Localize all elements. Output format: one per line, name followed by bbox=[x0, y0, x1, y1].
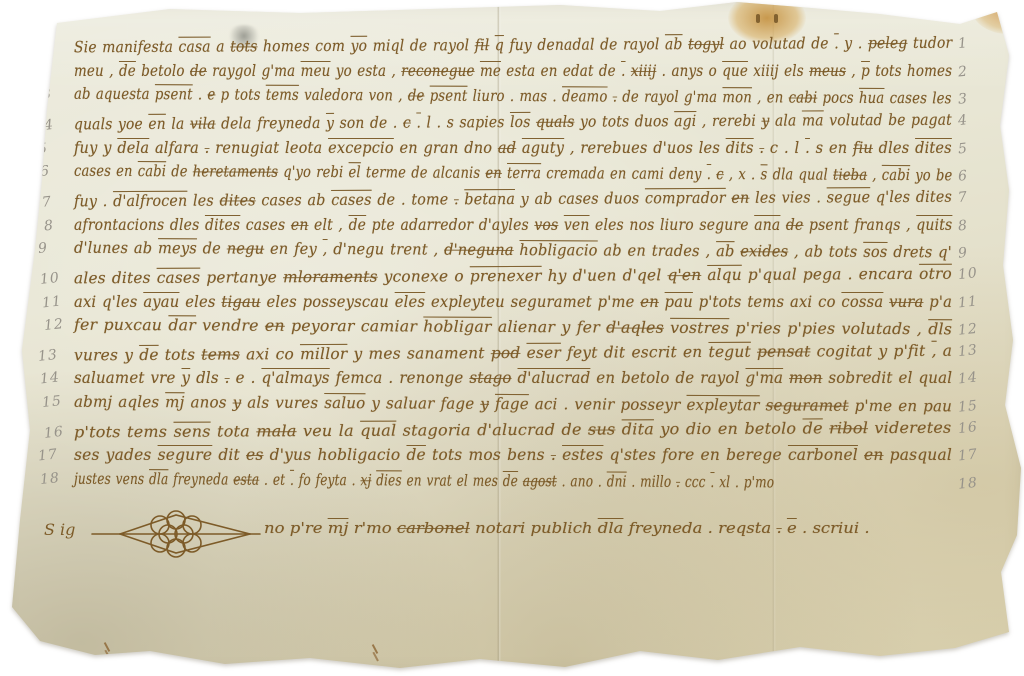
manuscript-line-row: 5fuy y dela alfara . renugiat leota exce… bbox=[0, 138, 1024, 162]
line-number-left: 10 bbox=[39, 269, 69, 288]
line-number-left: 5 bbox=[37, 138, 67, 157]
line-number-left: 2 bbox=[39, 61, 69, 80]
line-number-left: 18 bbox=[39, 469, 68, 488]
manuscript-line-row: 1Sie manifesta casa a tots homes com yo … bbox=[0, 32, 1024, 61]
line-number-right: 1 bbox=[957, 33, 987, 52]
line-number-left: 9 bbox=[37, 238, 66, 257]
manuscript-line-row: 9d'lunes ab meys de negu en fey , d'negu… bbox=[0, 238, 1024, 267]
manuscript-line-text: saluamet vre y dls . e . q'almays femca … bbox=[74, 369, 952, 387]
line-number-right: 17 bbox=[957, 446, 987, 465]
manuscript-line-text: afrontacions dles dites cases en elt , d… bbox=[74, 216, 952, 234]
line-number-right: 13 bbox=[957, 341, 987, 360]
line-number-left: 14 bbox=[39, 369, 69, 388]
manuscript-line-text: axi q'les ayau eles tigau eles posseysca… bbox=[74, 293, 952, 311]
line-number-right: 15 bbox=[957, 397, 986, 416]
line-number-left: 13 bbox=[37, 346, 67, 365]
manuscript-line-text: abmj aqles mj anos y als vures saluo y s… bbox=[74, 393, 952, 416]
parchment-wrap: 1Sie manifesta casa a tots homes com yo … bbox=[0, 0, 1024, 676]
manuscript-line-row: 4quals yoe en la vila dela freyneda y so… bbox=[0, 109, 1024, 138]
manuscript-line-row: 6cases en cabi de heretaments q'yo rebi … bbox=[0, 161, 1024, 190]
notary-subscription-row: S ig bbox=[0, 506, 1024, 560]
manuscript-line-text: d'lunes ab meys de negu en fey , d'negu … bbox=[74, 239, 952, 262]
line-number-right: 11 bbox=[957, 292, 987, 311]
line-number-right: 12 bbox=[957, 320, 986, 339]
manuscript-line-text: p'tots tems sens tota mala veu la qual s… bbox=[74, 418, 952, 441]
manuscript-line-text: meu , de betolo de raygol g'ma meu yo es… bbox=[74, 62, 952, 80]
line-number-left: 12 bbox=[43, 315, 72, 334]
manuscript-line-text: ab aquesta psent . e p tots tems valedor… bbox=[74, 85, 952, 108]
line-number-right: 10 bbox=[957, 264, 987, 283]
manuscript-line-text: Sie manifesta casa a tots homes com yo m… bbox=[74, 34, 952, 57]
manuscript-line-text: vures y de tots tems axi co millor y mes… bbox=[74, 341, 952, 364]
manuscript-line-row: 17ses yades segure dit es d'yus hobligac… bbox=[0, 445, 1024, 469]
manuscript-line-row: 13vures y de tots tems axi co millor y m… bbox=[0, 340, 1024, 369]
manuscript-line-row: 3ab aquesta psent . e p tots tems valedo… bbox=[0, 84, 1024, 113]
line-number-right: 5 bbox=[957, 138, 987, 157]
manuscript-line-row: 2meu , de betolo de raygol g'ma meu yo e… bbox=[0, 61, 1024, 85]
manuscript-line-row: 7fuy . d'alfrocen les dites cases ab cas… bbox=[0, 186, 1024, 215]
pen-tick-mark bbox=[104, 642, 110, 652]
manuscript-line-row: 18justes vens dla freyneda esta . et . f… bbox=[0, 468, 1024, 497]
manuscript-line-row: 11axi q'les ayau eles tigau eles posseys… bbox=[0, 292, 1024, 316]
line-number-right: 2 bbox=[957, 61, 987, 80]
manuscript-line-text: ales dites cases pertanye mloraments yco… bbox=[74, 265, 952, 288]
line-number-right: 7 bbox=[957, 187, 987, 206]
manuscript-photo: 1Sie manifesta casa a tots homes com yo … bbox=[0, 0, 1024, 676]
notary-sig-prefix: S ig bbox=[44, 520, 75, 539]
manuscript-line-text: justes vens dla freyneda esta . et . fo … bbox=[74, 470, 774, 492]
line-number-right: 8 bbox=[957, 215, 987, 234]
manuscript-line-text: fer puxcau dar vendre en peyorar camiar … bbox=[74, 316, 952, 339]
line-number-right: 18 bbox=[957, 474, 986, 493]
line-number-right: 14 bbox=[957, 369, 987, 388]
line-number-left: 8 bbox=[43, 215, 73, 234]
line-number-left: 4 bbox=[43, 115, 73, 134]
line-number-right: 16 bbox=[957, 418, 987, 437]
manuscript-line-text: fuy . d'alfrocen les dites cases ab case… bbox=[74, 188, 952, 211]
notarial-sign-flourish bbox=[90, 508, 262, 560]
manuscript-line-row: 16p'tots tems sens tota mala veu la qual… bbox=[0, 417, 1024, 446]
manuscript-line-row: 10ales dites cases pertanye mloraments y… bbox=[0, 263, 1024, 292]
line-number-left: 3 bbox=[41, 85, 70, 104]
notary-subscription-text: no p're mj r'mo carbonel notari publich … bbox=[264, 519, 870, 537]
manuscript-line-row: 14saluamet vre y dls . e . q'almays femc… bbox=[0, 368, 1024, 392]
stain-top-right-corner bbox=[972, 0, 1024, 34]
manuscript-line-text: quals yoe en la vila dela freyneda y son… bbox=[74, 111, 952, 134]
manuscript-line-row: 12fer puxcau dar vendre en peyorar camia… bbox=[0, 314, 1024, 343]
line-number-left: 6 bbox=[39, 162, 68, 181]
line-number-left: 11 bbox=[41, 292, 71, 311]
line-number-right: 9 bbox=[957, 243, 986, 262]
line-number-left: 17 bbox=[37, 446, 67, 465]
manuscript-line-text: cases en cabi de heretaments q'yo rebi e… bbox=[74, 162, 952, 185]
manuscript-line-text: fuy y dela alfara . renugiat leota excep… bbox=[74, 139, 952, 157]
line-number-left: 15 bbox=[41, 392, 70, 411]
pen-tick-mark bbox=[372, 644, 378, 654]
line-number-left: 7 bbox=[41, 192, 71, 211]
parchment: 1Sie manifesta casa a tots homes com yo … bbox=[0, 0, 1024, 676]
line-number-right: 4 bbox=[957, 110, 987, 129]
stain-right-edge bbox=[1010, 564, 1024, 582]
manuscript-line-text: ses yades segure dit es d'yus hobligacio… bbox=[74, 446, 952, 464]
manuscript-line-row: 8afrontacions dles dites cases en elt , … bbox=[0, 215, 1024, 239]
line-number-right: 3 bbox=[957, 89, 986, 108]
line-number-left: 1 bbox=[37, 38, 67, 57]
manuscript-line-row: 15abmj aqles mj anos y als vures saluo y… bbox=[0, 391, 1024, 420]
line-number-right: 6 bbox=[957, 166, 986, 185]
line-number-left: 16 bbox=[43, 423, 73, 442]
